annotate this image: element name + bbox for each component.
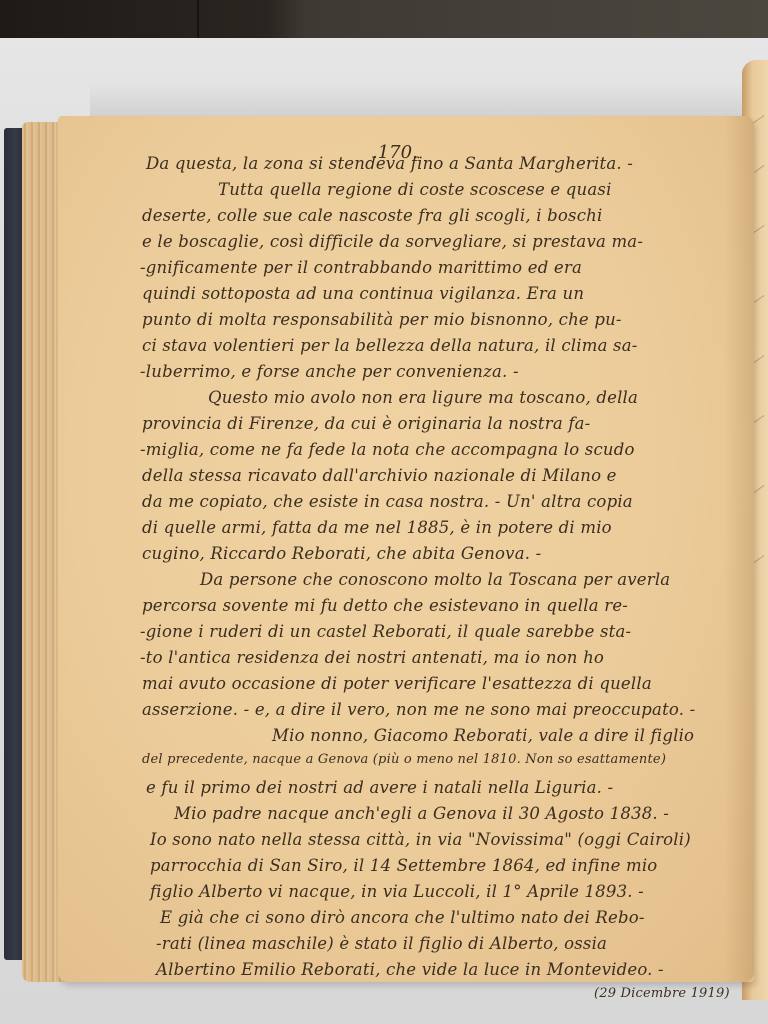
handwritten-line: Da questa, la zona si stendeva fino a Sa… [146,154,633,173]
handwritten-line: della stessa ricavato dall'archivio nazi… [142,466,617,485]
handwritten-line: di quelle armi, fatta da me nel 1885, è … [142,518,612,537]
handwritten-line: percorsa sovente mi fu detto che esistev… [142,596,628,615]
handwritten-line: Mio nonno, Giacomo Reborati, vale a dire… [272,726,694,745]
handwritten-line: punto di molta responsabilità per mio bi… [142,310,622,329]
handwritten-line: -luberrimo, e forse anche per convenienz… [140,362,519,381]
handwritten-line: -miglia, come ne fa fede la nota che acc… [140,440,635,459]
handwritten-line: asserzione. - e, a dire il vero, non me … [142,700,695,719]
handwritten-line: cugino, Riccardo Reborati, che abita Gen… [142,544,541,563]
handwritten-line: Io sono nato nella stessa città, in via … [150,830,691,849]
handwritten-line: quindi sottoposta ad una continua vigila… [142,284,584,303]
handwritten-line: Albertino Emilio Reborati, che vide la l… [156,960,664,979]
dark-background-surface [0,0,768,42]
handwritten-line: mai avuto occasione di poter verificare … [142,674,652,693]
surface-seam [197,0,199,40]
handwritten-line: -to l'antica residenza dei nostri antena… [140,648,604,667]
handwritten-line: -rati (linea maschile) è stato il figlio… [156,934,607,953]
handwritten-line: -gione i ruderi di un castel Reborati, i… [140,622,631,641]
handwritten-line: parrocchia di San Siro, il 14 Settembre … [150,856,657,875]
handwritten-line: e le boscaglie, così difficile da sorveg… [142,232,643,251]
handwritten-line: Questo mio avolo non era ligure ma tosca… [208,388,638,407]
handwritten-line: ci stava volentieri per la bellezza dell… [142,336,638,355]
handwritten-line: deserte, colle sue cale nascoste fra gli… [142,206,602,225]
handwritten-line: (29 Dicembre 1919) [594,986,730,1001]
handwritten-line: del precedente, nacque a Genova (più o m… [142,752,666,767]
handwritten-line: -gnificamente per il contrabbando maritt… [140,258,582,277]
handwritten-line: Mio padre nacque anch'egli a Genova il 3… [174,804,669,823]
handwritten-line: figlio Alberto vi nacque, in via Luccoli… [150,882,644,901]
handwritten-line: E già che ci sono dirò ancora che l'ulti… [160,908,645,927]
handwritten-line: Tutta quella regione di coste scoscese e… [218,180,612,199]
book-shadow [90,82,750,117]
handwritten-line: e fu il primo dei nostri ad avere i nata… [146,778,613,797]
handwritten-line: provincia di Firenze, da cui è originari… [142,414,590,433]
handwritten-line: Da persone che conoscono molto la Toscan… [200,570,670,589]
handwritten-line: da me copiato, che esiste in casa nostra… [142,492,633,511]
